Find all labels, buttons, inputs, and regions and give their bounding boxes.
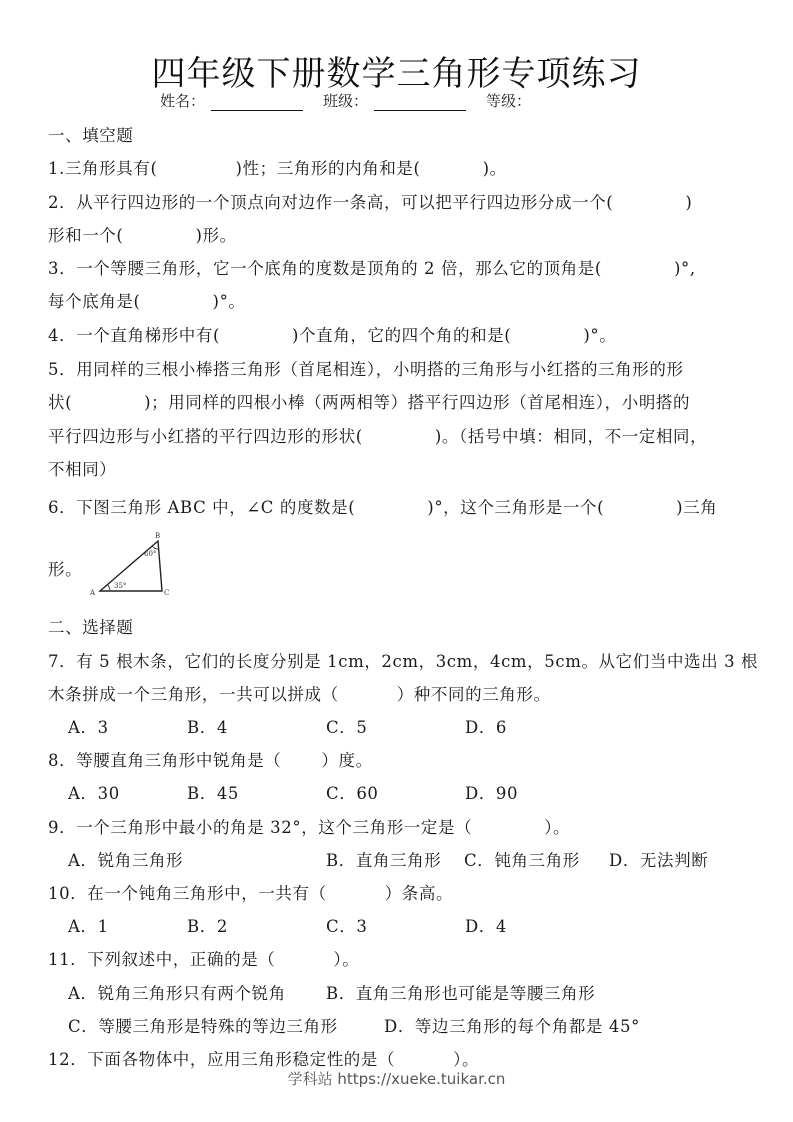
- page-title: 四年级下册数学三角形专项练习: [0, 46, 793, 95]
- q2-text-c: 形和一个(: [48, 226, 123, 245]
- q3-text-c: 每个底角是(: [48, 292, 141, 311]
- section1-heading: 一、填空题: [48, 122, 134, 146]
- q11-option-d[interactable]: D．等边三角形的每个角都是 45°: [384, 1013, 640, 1037]
- q4-text-a: 4．一个直角梯形中有(: [48, 326, 220, 345]
- question-4: 4．一个直角梯形中有()个直角，它的四个角的和是()°。: [48, 322, 616, 346]
- section2-heading: 二、选择题: [48, 614, 134, 638]
- q9-option-d[interactable]: D．无法判断: [609, 847, 708, 871]
- q12-text-b: ）。: [453, 1050, 479, 1069]
- q2-text-a: 2．从平行四边形的一个顶点向对边作一条高，可以把平行四边形分成一个(: [48, 193, 613, 212]
- q8-option-c[interactable]: C．60: [326, 780, 379, 804]
- vertex-a-label: A: [89, 589, 96, 597]
- question-7-l2: 木条拼成一个三角形，一共可以拼成（）种不同的三角形。: [48, 681, 551, 705]
- question-3: 3．一个等腰三角形，它一个底角的度数是顶角的 2 倍，那么它的顶角是()°,: [48, 255, 696, 279]
- q12-text-a: 12．下面各物体中，应用三角形稳定性的是（: [48, 1050, 395, 1069]
- q7-text-l2a: 木条拼成一个三角形，一共可以拼成（: [48, 685, 339, 704]
- question-1: 1.三角形具有()性；三角形的内角和是()。: [48, 155, 507, 179]
- question-10: 10．在一个钝角三角形中，一共有（）条高。: [48, 880, 453, 904]
- q3-text-d: )°。: [213, 292, 246, 311]
- question-5-l2: 状()；用同样的四根小棒（两两相等）搭平行四边形（首尾相连），小明搭的: [48, 389, 690, 413]
- question-5-l3: 平行四边形与小红搭的平行四边形的形状()。（括号中填：相同，不一定相同，: [48, 423, 707, 447]
- question-11: 11．下列叙述中，正确的是（）。: [48, 946, 359, 970]
- question-5-l4: 不相同）: [48, 456, 116, 480]
- question-2: 2．从平行四边形的一个顶点向对边作一条高，可以把平行四边形分成一个(): [48, 189, 692, 213]
- question-7-l1: 7．有 5 根木条，它们的长度分别是 1cm，2cm，3cm，4cm，5cm。从…: [48, 648, 758, 672]
- q10-text-a: 10．在一个钝角三角形中，一共有（: [48, 884, 327, 903]
- name-blank: [211, 96, 303, 111]
- q10-text-b: ）条高。: [385, 884, 453, 903]
- q6-text-a: 6．下图三角形 ABC 中，∠C 的度数是(: [48, 498, 355, 517]
- vertex-c-label: C: [164, 589, 169, 597]
- q2-text-d: )形。: [195, 226, 236, 245]
- class-label: 班级：: [323, 90, 368, 111]
- q10-option-d[interactable]: D．4: [465, 913, 507, 937]
- angle-b-label: 60°: [144, 550, 156, 558]
- q11-text-a: 11．下列叙述中，正确的是（: [48, 950, 275, 969]
- q4-text-b: )个直角，它的四个角的和是(: [292, 326, 511, 345]
- q5-text-l2a: 状(: [48, 393, 72, 412]
- q9-option-c[interactable]: C．钝角三角形: [464, 847, 580, 871]
- q7-option-a[interactable]: A．3: [68, 714, 109, 738]
- q3-text-a: 3．一个等腰三角形，它一个底角的度数是顶角的 2 倍，那么它的顶角是(: [48, 259, 602, 278]
- q1-text-b: )性；三角形的内角和是(: [235, 159, 420, 178]
- question-2-cont: 形和一个()形。: [48, 222, 237, 246]
- vertex-b-label: B: [155, 532, 160, 540]
- q9-text-a: 9．一个三角形中最小的角是 32°，这个三角形一定是（: [48, 818, 472, 837]
- question-3-cont: 每个底角是()°。: [48, 288, 246, 312]
- q5-text-l3a: 平行四边形与小红搭的平行四边形的形状(: [48, 427, 363, 446]
- q10-option-b[interactable]: B．2: [187, 913, 228, 937]
- student-info: 姓名： 班级： 等级：: [160, 90, 531, 111]
- grade-label: 等级：: [486, 90, 531, 111]
- q1-text-c: )。: [483, 159, 507, 178]
- q7-option-d[interactable]: D．6: [465, 714, 507, 738]
- q11-text-b: ）。: [333, 950, 359, 969]
- question-12: 12．下面各物体中，应用三角形稳定性的是（）。: [48, 1046, 479, 1070]
- q6-text-c: )三角: [676, 498, 717, 517]
- q7-option-c[interactable]: C．5: [326, 714, 367, 738]
- question-9: 9．一个三角形中最小的角是 32°，这个三角形一定是（）。: [48, 814, 570, 838]
- question-6-cont: 形。: [48, 556, 82, 580]
- question-8: 8．等腰直角三角形中锐角是（）度。: [48, 747, 373, 771]
- footer-watermark: 学科站 https://xueke.tuikar.cn: [0, 1068, 793, 1089]
- q10-option-c[interactable]: C．3: [326, 913, 367, 937]
- q11-option-a[interactable]: A．锐角三角形只有两个锐角: [68, 980, 286, 1004]
- q9-option-b[interactable]: B．直角三角形: [326, 847, 441, 871]
- q7-text-l2b: ）种不同的三角形。: [397, 685, 551, 704]
- q8-option-d[interactable]: D．90: [465, 780, 518, 804]
- q10-option-a[interactable]: A．1: [68, 913, 109, 937]
- q11-option-b[interactable]: B．直角三角形也可能是等腰三角形: [326, 980, 595, 1004]
- q11-option-c[interactable]: C．等腰三角形是特殊的等边三角形: [68, 1013, 338, 1037]
- angle-a-label: 35°: [114, 582, 126, 590]
- q1-text-a: 1.三角形具有(: [48, 159, 157, 178]
- q8-option-b[interactable]: B．45: [187, 780, 239, 804]
- q9-text-b: ）。: [544, 818, 570, 837]
- triangle-abc-figure: A B C 35° 60°: [86, 532, 186, 602]
- q4-text-c: )°。: [583, 326, 616, 345]
- q8-option-a[interactable]: A．30: [68, 780, 120, 804]
- q7-option-b[interactable]: B．4: [187, 714, 228, 738]
- q2-text-b: ): [685, 193, 692, 212]
- q3-text-b: )°,: [674, 259, 696, 278]
- class-blank: [374, 96, 466, 111]
- name-label: 姓名：: [160, 90, 205, 111]
- question-5-l1: 5．用同样的三根小棒搭三角形（首尾相连），小明搭的三角形与小红搭的三角形的形: [48, 356, 684, 380]
- q5-text-l3b: )。（括号中填：相同，不一定相同，: [435, 427, 707, 446]
- q8-text-a: 8．等腰直角三角形中锐角是（: [48, 751, 281, 770]
- q9-option-a[interactable]: A．锐角三角形: [68, 847, 183, 871]
- q6-text-b: )°，这个三角形是一个(: [427, 498, 604, 517]
- q8-text-b: ）度。: [321, 751, 372, 770]
- question-6: 6．下图三角形 ABC 中，∠C 的度数是()°，这个三角形是一个()三角: [48, 494, 717, 518]
- q5-text-l2b: )；用同样的四根小棒（两两相等）搭平行四边形（首尾相连），小明搭的: [144, 393, 690, 412]
